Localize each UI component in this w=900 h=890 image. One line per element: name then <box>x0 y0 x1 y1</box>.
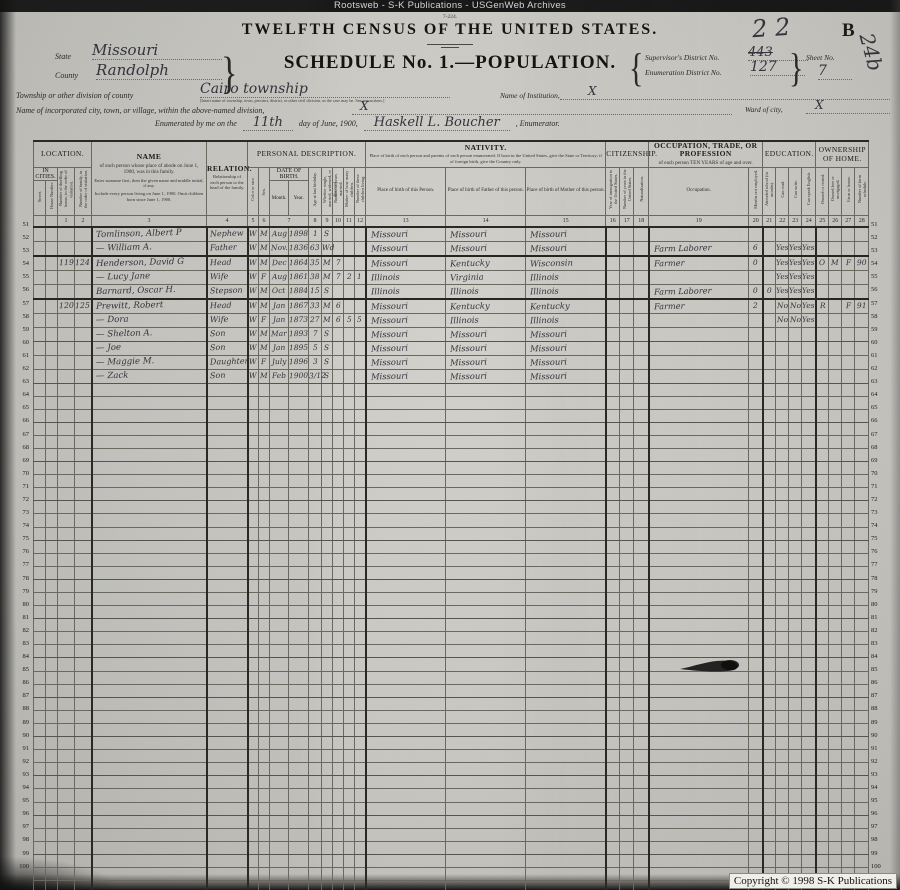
line-number: 71 <box>871 480 891 493</box>
cell-mother_of <box>344 671 355 684</box>
cell-children_living <box>355 284 366 299</box>
line-number: 53 <box>871 244 891 257</box>
cell-years_married <box>333 579 344 592</box>
cell-name: — Shelton A. <box>92 327 207 341</box>
cell-pob_mother <box>526 815 606 828</box>
cell-free_mortgaged <box>829 828 842 841</box>
cell-free_mortgaged <box>829 462 842 475</box>
table-row <box>34 776 869 789</box>
cell-age: 33 <box>309 299 322 314</box>
handwritten-entry: Missouri <box>371 241 408 254</box>
cell-occupation <box>649 475 749 488</box>
line-number: 82 <box>871 624 891 637</box>
cell-color <box>248 475 259 488</box>
cell-street <box>34 645 46 658</box>
cell-mother_of <box>344 327 355 341</box>
cell-dwelling <box>58 396 75 409</box>
cell-dwelling <box>58 475 75 488</box>
cell-school <box>763 841 776 854</box>
cell-color <box>248 409 259 422</box>
scan-edge-right <box>890 0 900 890</box>
handwritten-entry: S <box>324 370 329 382</box>
cell-pob <box>366 776 446 789</box>
handwritten-entry: M <box>260 285 268 297</box>
handwritten-entry: 35 <box>310 257 320 269</box>
cell-dwelling <box>58 815 75 828</box>
cell-dwelling <box>58 527 75 540</box>
cell-naturalization <box>634 841 649 854</box>
cell-pob: Illinois <box>366 284 446 299</box>
cell-read: No <box>776 299 789 314</box>
cell-farm_schedule <box>855 750 869 763</box>
title-rule <box>427 44 473 45</box>
cell-age <box>309 462 322 475</box>
cell-months_unemployed <box>749 854 763 867</box>
cell-family: 124 <box>75 256 92 271</box>
cell-house <box>46 475 58 488</box>
cell-school <box>763 606 776 619</box>
cell-children_living <box>355 593 366 606</box>
handwritten-entry: — Shelton A. <box>95 327 152 340</box>
cell-english <box>802 501 816 514</box>
cell-years_us <box>620 789 634 802</box>
cell-street <box>34 553 46 566</box>
cell-years_us <box>620 763 634 776</box>
cell-write <box>789 227 802 242</box>
cell-english <box>802 697 816 710</box>
cell-write: No <box>789 299 802 314</box>
cell-month <box>270 566 289 579</box>
cell-pob_father <box>446 684 526 697</box>
district-brace-close: } <box>789 46 803 92</box>
cell-children_living <box>355 341 366 355</box>
cell-sex <box>259 710 270 723</box>
cell-month <box>270 606 289 619</box>
handwritten-entry: Dec <box>272 257 287 269</box>
cell-pob_father <box>446 671 526 684</box>
handwritten-entry: Kentucky <box>450 299 490 312</box>
cell-immigration <box>606 828 620 841</box>
cell-pob_mother: Wisconsin <box>526 256 606 271</box>
cell-street <box>34 802 46 815</box>
cell-street <box>34 284 46 299</box>
cell-age <box>309 409 322 422</box>
cell-school <box>763 475 776 488</box>
cell-pob <box>366 684 446 697</box>
table-row <box>34 684 869 697</box>
handwritten-entry: Missouri <box>530 241 567 254</box>
cell-color <box>248 553 259 566</box>
cell-months_unemployed <box>749 828 763 841</box>
handwritten-entry: Mar <box>271 328 287 340</box>
cell-owned_rented <box>816 241 829 256</box>
cell-month <box>270 475 289 488</box>
cell-naturalization <box>634 619 649 632</box>
cell-marital: Wd <box>322 241 333 256</box>
cell-children_living <box>355 514 366 527</box>
cell-year <box>289 776 309 789</box>
cell-dwelling <box>58 841 75 854</box>
cell-year <box>289 658 309 671</box>
cell-street <box>34 619 46 632</box>
cell-write <box>789 514 802 527</box>
cell-occupation <box>649 789 749 802</box>
cell-mother_of <box>344 256 355 271</box>
cell-relation: Son <box>207 327 248 341</box>
cell-read <box>776 789 789 802</box>
cell-years_us <box>620 710 634 723</box>
cell-name: — Lucy Jane <box>92 270 207 284</box>
cell-english <box>802 723 816 736</box>
cell-farm_schedule <box>855 619 869 632</box>
handwritten-entry: M <box>260 242 268 254</box>
line-number: 97 <box>12 820 29 833</box>
cell-dwelling <box>58 710 75 723</box>
cell-children_living <box>355 632 366 645</box>
cell-pob <box>366 501 446 514</box>
cell-sex: M <box>259 327 270 341</box>
cell-name <box>92 881 207 890</box>
cell-pob <box>366 475 446 488</box>
table-row <box>34 828 869 841</box>
table-row <box>34 579 869 592</box>
cell-marital <box>322 697 333 710</box>
line-number: 92 <box>871 755 891 768</box>
ward-label: Ward of city, <box>745 105 783 114</box>
cell-months_unemployed <box>749 815 763 828</box>
cell-naturalization <box>634 684 649 697</box>
handwritten-entry: Missouri <box>450 241 487 254</box>
cell-years_married <box>333 697 344 710</box>
line-number: 76 <box>871 545 891 558</box>
cell-years_us <box>620 841 634 854</box>
handwritten-entry: O <box>819 257 825 269</box>
cell-occupation <box>649 227 749 242</box>
cell-pob_mother <box>526 854 606 867</box>
cell-farm_house <box>842 684 855 697</box>
cell-month: Oct <box>270 284 289 299</box>
col-color: Color or race. <box>248 168 259 216</box>
cell-years_married <box>333 815 344 828</box>
cell-years_us <box>620 553 634 566</box>
cell-school <box>763 815 776 828</box>
cell-owned_rented <box>816 697 829 710</box>
cell-farm_schedule <box>855 645 869 658</box>
cell-color <box>248 619 259 632</box>
cell-year <box>289 540 309 553</box>
cell-immigration <box>606 475 620 488</box>
cell-years_us <box>620 227 634 242</box>
cell-years_us <box>620 422 634 435</box>
cell-farm_schedule <box>855 409 869 422</box>
cell-years_married <box>333 341 344 355</box>
cell-free_mortgaged <box>829 313 842 327</box>
cell-pob_father: Kentucky <box>446 256 526 271</box>
column-number: 27 <box>842 216 855 227</box>
cell-free_mortgaged <box>829 327 842 341</box>
cell-read: No <box>776 313 789 327</box>
cell-naturalization <box>634 737 649 750</box>
cell-mother_of <box>344 658 355 671</box>
city-label: Name of incorporated city, town, or vill… <box>16 106 264 115</box>
cell-farm_schedule <box>855 448 869 461</box>
cell-color: W <box>248 341 259 355</box>
cell-occupation <box>649 710 749 723</box>
cell-children_living <box>355 256 366 271</box>
cell-farm_schedule <box>855 540 869 553</box>
line-number: 68 <box>12 441 29 454</box>
cell-sex <box>259 409 270 422</box>
cell-english <box>802 462 816 475</box>
cell-children_living <box>355 355 366 369</box>
handwritten-entry: 6 <box>336 300 341 312</box>
cell-dwelling <box>58 828 75 841</box>
cell-house <box>46 632 58 645</box>
cell-immigration <box>606 776 620 789</box>
cell-relation <box>207 881 248 890</box>
line-number: 90 <box>12 729 29 742</box>
cell-house <box>46 462 58 475</box>
cell-age <box>309 632 322 645</box>
handwritten-entry: Missouri <box>530 355 567 368</box>
cell-free_mortgaged <box>829 540 842 553</box>
ink-smudge <box>678 656 744 676</box>
cell-occupation <box>649 854 749 867</box>
handwritten-entry: Jan <box>273 342 286 354</box>
cell-free_mortgaged <box>829 658 842 671</box>
cell-free_mortgaged <box>829 737 842 750</box>
cell-children_living <box>355 396 366 409</box>
cell-year <box>289 527 309 540</box>
col-street: Street. <box>34 181 46 216</box>
cell-pob <box>366 488 446 501</box>
cell-years_married <box>333 710 344 723</box>
handwritten-entry: R <box>820 300 826 312</box>
cell-years_us <box>620 619 634 632</box>
cell-farm_schedule <box>855 815 869 828</box>
group-ownership: OWNERSHIP OF HOME. <box>816 141 869 168</box>
cell-color <box>248 540 259 553</box>
cell-marital <box>322 684 333 697</box>
cell-marital <box>322 867 333 880</box>
handwritten-entry: W <box>249 300 257 312</box>
cell-english <box>802 448 816 461</box>
cell-months_unemployed <box>749 227 763 242</box>
cell-children_living <box>355 789 366 802</box>
cell-sex <box>259 527 270 540</box>
cell-english <box>802 355 816 369</box>
cell-sex <box>259 448 270 461</box>
cell-pob_father <box>446 750 526 763</box>
cell-farm_schedule <box>855 854 869 867</box>
cell-name <box>92 501 207 514</box>
cell-family <box>75 737 92 750</box>
ward-value: X <box>815 98 824 112</box>
cell-dwelling <box>58 763 75 776</box>
cell-occupation <box>649 383 749 396</box>
cell-color <box>248 566 259 579</box>
cell-english <box>802 409 816 422</box>
cell-months_unemployed: 6 <box>749 241 763 256</box>
cell-street <box>34 854 46 867</box>
cell-age: 7 <box>309 327 322 341</box>
cell-name <box>92 750 207 763</box>
cell-months_unemployed <box>749 553 763 566</box>
col-mother-of: Mother of how many children. <box>344 168 355 216</box>
cell-free_mortgaged <box>829 475 842 488</box>
cell-color <box>248 671 259 684</box>
cell-relation: Stepson <box>207 284 248 299</box>
col-occupation: Occupation. <box>649 168 749 216</box>
line-number: 68 <box>871 441 891 454</box>
cell-pob_mother <box>526 658 606 671</box>
handwritten-entry: 1864 <box>289 257 308 269</box>
cell-relation <box>207 422 248 435</box>
cell-pob_mother: Illinois <box>526 284 606 299</box>
cell-read <box>776 737 789 750</box>
cell-name <box>92 815 207 828</box>
cell-months_unemployed <box>749 697 763 710</box>
cell-english <box>802 553 816 566</box>
cell-years_married <box>333 284 344 299</box>
cell-pob: Missouri <box>366 241 446 256</box>
handwritten-entry: W <box>249 285 257 297</box>
cell-school <box>763 488 776 501</box>
cell-name <box>92 422 207 435</box>
cell-farm_house <box>842 396 855 409</box>
cell-farm_house <box>842 658 855 671</box>
cell-family <box>75 369 92 383</box>
cell-pob <box>366 593 446 606</box>
cell-name: — Dora <box>92 313 207 327</box>
handwritten-entry: S <box>324 328 329 340</box>
cell-house <box>46 341 58 355</box>
cell-dwelling <box>58 867 75 880</box>
cell-house <box>46 750 58 763</box>
cell-name <box>92 475 207 488</box>
cell-name <box>92 671 207 684</box>
line-number: 52 <box>12 231 29 244</box>
cell-house <box>46 723 58 736</box>
cell-marital <box>322 383 333 396</box>
cell-name <box>92 828 207 841</box>
handwritten-entry: 1898 <box>289 228 308 240</box>
cell-relation <box>207 723 248 736</box>
cell-farm_house <box>842 553 855 566</box>
enumerated-line: Enumerated by me on the 11th day of June… <box>155 115 560 131</box>
cell-dwelling <box>58 327 75 341</box>
cell-month <box>270 828 289 841</box>
cell-mother_of <box>344 815 355 828</box>
cell-write <box>789 854 802 867</box>
table-row <box>34 697 869 710</box>
cell-naturalization <box>634 632 649 645</box>
cell-occupation <box>649 815 749 828</box>
line-number: 51 <box>12 218 29 231</box>
cell-english <box>802 750 816 763</box>
handwritten-entry: Yes <box>776 242 789 254</box>
cell-name <box>92 763 207 776</box>
handwritten-entry: 1836 <box>289 242 308 254</box>
cell-mother_of: 2 <box>344 270 355 284</box>
cell-farm_house <box>842 593 855 606</box>
cell-year <box>289 645 309 658</box>
cell-mother_of <box>344 710 355 723</box>
column-number: 19 <box>649 216 749 227</box>
cell-mother_of <box>344 841 355 854</box>
cell-color: W <box>248 256 259 271</box>
cell-pob_mother <box>526 422 606 435</box>
cell-sex <box>259 828 270 841</box>
cell-month <box>270 593 289 606</box>
table-row: 119124Henderson, David GHeadWMDec186435M… <box>34 256 869 271</box>
township-note: [Insert name of township, town, precinct… <box>200 98 500 103</box>
cell-pob <box>366 448 446 461</box>
cell-month: Aug <box>270 227 289 242</box>
cell-read <box>776 684 789 697</box>
cell-relation <box>207 593 248 606</box>
cell-name: Henderson, David G <box>92 256 207 271</box>
cell-pob_father <box>446 763 526 776</box>
cell-years_us <box>620 723 634 736</box>
line-number: 81 <box>12 611 29 624</box>
cell-years_married <box>333 867 344 880</box>
cell-dwelling <box>58 606 75 619</box>
handwritten-entry: F <box>845 257 851 269</box>
cell-relation <box>207 750 248 763</box>
cell-children_living <box>355 566 366 579</box>
line-number: 93 <box>12 768 29 781</box>
cell-months_unemployed: 2 <box>749 299 763 314</box>
cell-color <box>248 658 259 671</box>
handwritten-entry: Yes <box>776 257 789 269</box>
line-number: 88 <box>12 702 29 715</box>
cell-pob <box>366 697 446 710</box>
cell-years_us <box>620 341 634 355</box>
cell-month <box>270 763 289 776</box>
cell-owned_rented <box>816 566 829 579</box>
table-row: 120125Prewitt, RobertHeadWMJan186733M6Mi… <box>34 299 869 314</box>
cell-write <box>789 409 802 422</box>
cell-age <box>309 396 322 409</box>
cell-years_married <box>333 396 344 409</box>
handwritten-entry: 7 <box>336 271 341 283</box>
cell-age <box>309 435 322 448</box>
cell-english: Yes <box>802 284 816 299</box>
cell-farm_house <box>842 341 855 355</box>
handwritten-entry: July <box>272 356 287 368</box>
cell-pob_father <box>446 462 526 475</box>
cell-farm_schedule <box>855 566 869 579</box>
cell-sex <box>259 658 270 671</box>
cell-pob_father <box>446 815 526 828</box>
cell-month <box>270 462 289 475</box>
cell-name: Prewitt, Robert <box>92 299 207 314</box>
cell-name <box>92 553 207 566</box>
cell-name <box>92 383 207 396</box>
cell-color <box>248 606 259 619</box>
cell-sex <box>259 462 270 475</box>
cell-family <box>75 422 92 435</box>
cell-free_mortgaged <box>829 435 842 448</box>
cell-marital <box>322 723 333 736</box>
cell-pob_father <box>446 593 526 606</box>
cell-dwelling <box>58 355 75 369</box>
cell-farm_schedule <box>855 606 869 619</box>
cell-school <box>763 723 776 736</box>
cell-farm_schedule <box>855 684 869 697</box>
cell-english <box>802 684 816 697</box>
